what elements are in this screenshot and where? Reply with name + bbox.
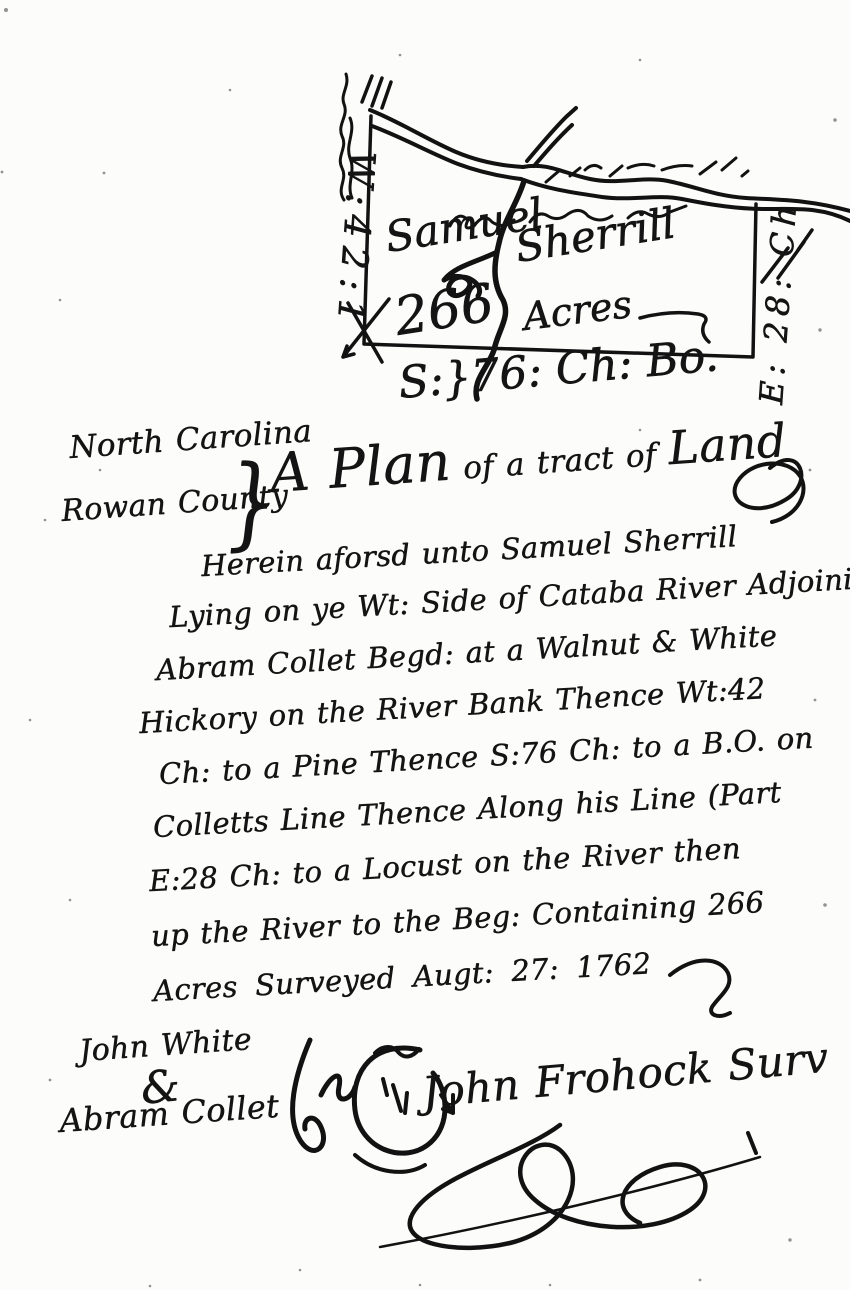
plat-east-bearing-label: E: 28: Ch <box>752 198 804 406</box>
date-flourish <box>660 945 750 1025</box>
plat-west-bearing-label: W:42:1 <box>328 149 382 332</box>
plat-acreage-word: Acres <box>518 282 634 339</box>
plat-acreage-number: 266 <box>390 273 498 348</box>
signature-paraph-flourish <box>320 1115 790 1275</box>
river-lower-bank-west <box>372 126 521 179</box>
title-lead: A Plan <box>268 429 453 504</box>
corner-hatch-marks <box>362 76 391 108</box>
scanned-survey-document: Samuel Sherrill 266 Acres S:}76: Ch: Bo.… <box>0 0 850 1290</box>
plat-south-bearing-label: S:}76: Ch: Bo. <box>397 330 721 409</box>
river-fork-branch <box>527 108 576 166</box>
plat-drawing: Samuel Sherrill 266 Acres S:}76: Ch: Bo.… <box>0 0 850 430</box>
